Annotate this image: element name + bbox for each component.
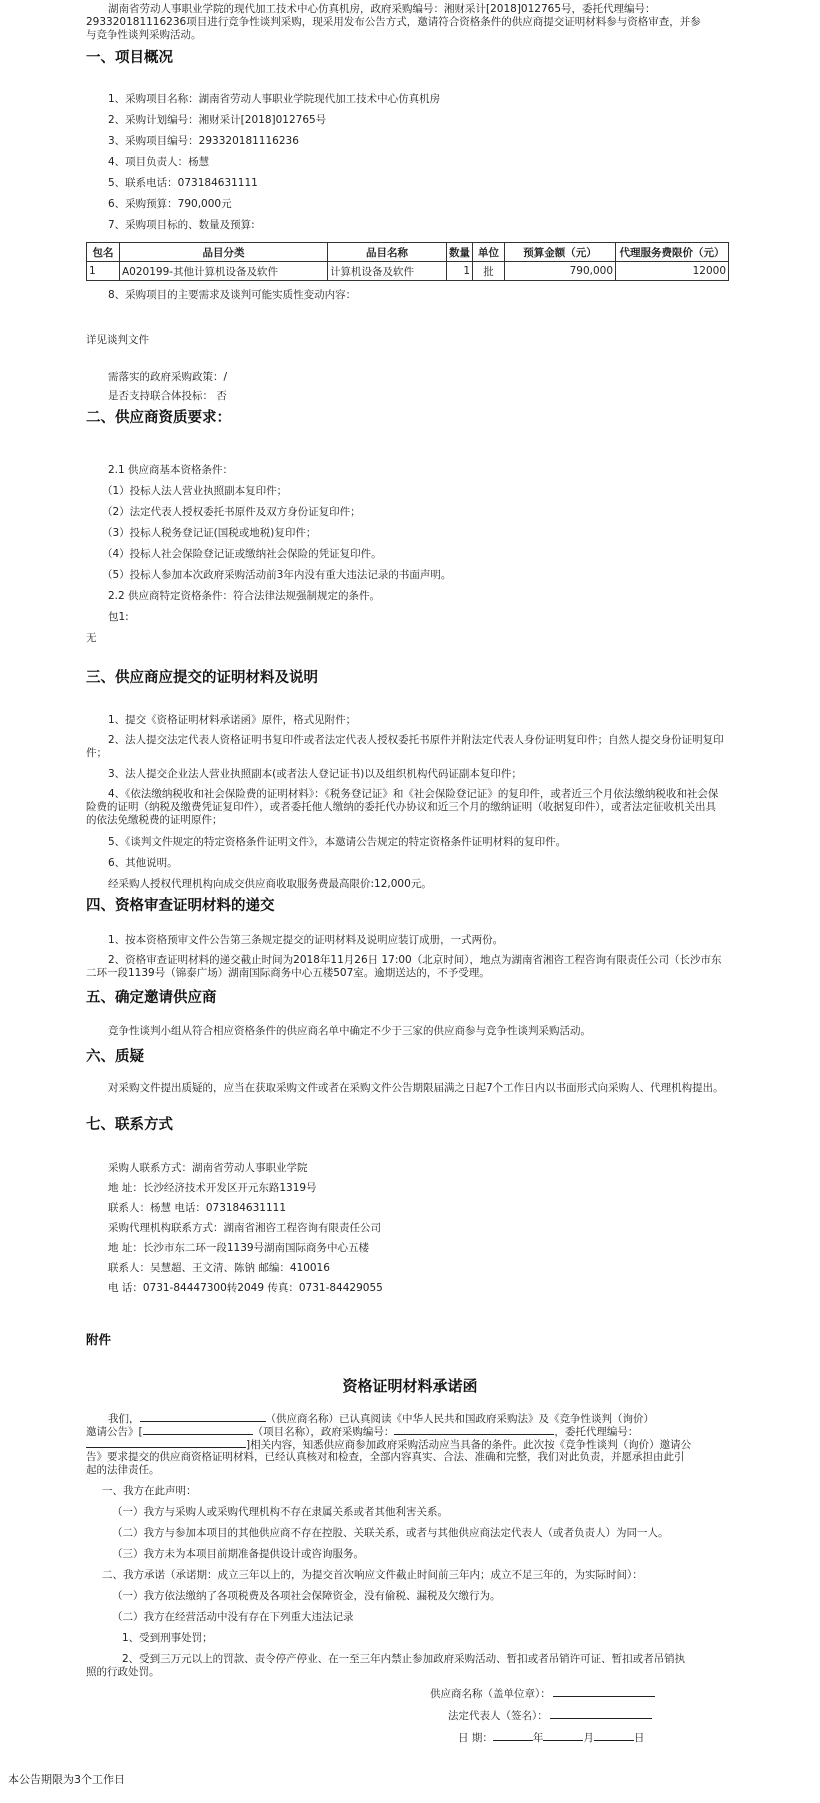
package-none: 无 — [86, 631, 97, 645]
consortium-support: 是否支持联合体投标： 否 — [108, 389, 227, 403]
purchaser-contact-person: 联系人：杨慧 电话：073184631111 — [108, 1201, 286, 1215]
doc-item-1: 1、提交《资格证明材料承诺函》原件，格式见附件； — [108, 713, 356, 727]
qualification-item-1: （1）投标人法人营业执照副本复印件； — [102, 484, 287, 498]
submission-item-2: 2、资格审查证明材料的递交截止时间为2018年11月26日 17:00（北京时间… — [86, 954, 726, 980]
col-category: 品目分类 — [120, 243, 328, 262]
budget: 6、采购预算：790,000元 — [108, 197, 232, 211]
contact-phone: 5、联系电话：073184631111 — [108, 176, 258, 190]
see-negotiation-docs: 详见谈判文件 — [86, 333, 149, 347]
inquiry-text: 对采购文件提出质疑的，应当在获取采购文件或者在采购文件公告期限届满之日起7个工作… — [86, 1082, 726, 1095]
sign-date-label: 日 期： — [458, 1732, 493, 1744]
cell-budget: 790,000 — [505, 262, 616, 281]
promise-item-2: （二）我方在经营活动中没有存在下列重大违法记录 — [112, 1610, 354, 1624]
supplier-name-blank — [140, 1411, 266, 1422]
agency-phone-fax: 电 话：0731-84447300转2049 传真：0731-84429055 — [108, 1281, 383, 1295]
col-package: 包名 — [87, 243, 120, 262]
cell-item-name: 计算机设备及软件 — [328, 262, 447, 281]
section-heading-contact: 七、联系方式 — [86, 1113, 173, 1134]
procurement-number-blank — [394, 1424, 554, 1435]
col-budget: 预算金额（元） — [505, 243, 616, 262]
commitment-letter-title: 资格证明材料承诺函 — [0, 1375, 820, 1396]
cell-unit: 批 — [473, 262, 505, 281]
violation-item-2: 2、受到三万元以上的罚款、责令停产停业、在一至三年内禁止参加政府采购活动、暂扣或… — [122, 1652, 685, 1666]
doc-item-5: 5、《谈判文件规定的特定资格条件证明文件》，本邀请公告规定的特定资格条件证明材料… — [108, 835, 566, 849]
requirements-label: 8、采购项目的主要需求及谈判可能实质性变动内容： — [108, 288, 356, 302]
col-unit: 单位 — [473, 243, 505, 262]
promise-item-1: （一）我方依法缴纳了各项税费及各项社会保障资金，没有偷税、漏税及欠缴行为。 — [112, 1589, 501, 1603]
sign-supplier-row: 供应商名称（盖单位章）： — [430, 1686, 655, 1701]
qualification-item-5: （5）投标人参加本次政府采购活动前3年内没有重大违法记录的书面声明。 — [102, 568, 451, 582]
violation-item-1: 1、受到刑事处罚； — [122, 1631, 213, 1645]
section-heading-documents: 三、供应商应提交的证明材料及说明 — [86, 666, 318, 687]
section-heading-project-overview: 一、项目概况 — [86, 46, 173, 67]
doc-item-4: 4、《依法缴纳税收和社会保险费的证明材料》：《税务登记证》和《社会保险登记证》的… — [86, 788, 726, 827]
declaration-title: 一、我方在此声明： — [102, 1484, 197, 1498]
qualification-item-3: （3）投标人税务登记证(国税或地税)复印件； — [102, 526, 316, 540]
invite-suppliers-text: 竞争性谈判小组从符合相应资格条件的供应商名单中确定不少于三家的供应商参与竞争性谈… — [108, 1024, 591, 1038]
sign-supplier-label: 供应商名称（盖单位章）： — [430, 1688, 551, 1700]
procurement-policy: 需落实的政府采购政策：/ — [108, 370, 227, 384]
purchaser-address: 地 址：长沙经济技术开发区开元东路1319号 — [108, 1181, 317, 1195]
specific-qualification: 2.2 供应商特定资格条件：符合法律法规强制规定的条件。 — [108, 589, 380, 603]
agency-number-blank — [86, 1437, 246, 1448]
sign-date-row: 日 期：年月日 — [458, 1730, 644, 1745]
day-blank — [594, 1730, 634, 1741]
agency-contact-persons: 联系人：吴慧超、王文清、陈钠 邮编：410016 — [108, 1261, 330, 1275]
doc-item-2: 2、法人提交法定代表人资格证明书复印件或者法定代表人授权委托书原件并附法定代表人… — [86, 734, 726, 760]
submission-item-1: 1、按本资格预审文件公告第三条规定提交的证明材料及说明应装订成册，一式两份。 — [108, 933, 503, 947]
year-blank — [493, 1730, 533, 1741]
qualification-item-2: （2）法定代表人授权委托书原件及双方身份证复印件； — [102, 505, 361, 519]
table-header-row: 包名 品目分类 品目名称 数量 单位 预算金额（元） 代理服务费限价（元） — [87, 243, 729, 262]
year-label: 年 — [533, 1732, 544, 1744]
supplier-seal-blank — [553, 1686, 655, 1697]
promise-title: 二、我方承诺（承诺期：成立三年以上的，为提交首次响应文件截止时间前三年内；成立不… — [102, 1568, 643, 1582]
cell-category: A020199-其他计算机设备及软件 — [120, 262, 328, 281]
commitment-line-5: 起的法律责任。 — [86, 1463, 160, 1477]
basic-qualification-title: 2.1 供应商基本资格条件： — [108, 463, 233, 477]
agency-contact: 采购代理机构联系方式：湖南省湘咨工程咨询有限责任公司 — [108, 1221, 381, 1235]
attachment-label: 附件 — [86, 1330, 111, 1348]
col-quantity: 数量 — [447, 243, 473, 262]
project-number: 3、采购项目编号：293320181116236 — [108, 134, 299, 148]
service-fee-cap: 经采购人授权代理机构向成交供应商收取服务费最高限价:12,000元。 — [108, 877, 432, 891]
declaration-item-2: （二）我方与参加本项目的其他供应商不存在控股、关联关系，或者与其他供应商法定代表… — [112, 1526, 669, 1540]
violation-item-2-cont: 照的行政处罚。 — [86, 1665, 160, 1679]
cell-package: 1 — [87, 262, 120, 281]
section-heading-inquiry: 六、质疑 — [86, 1045, 144, 1066]
qualification-item-4: （4）投标人社会保险登记证或缴纳社会保险的凭证复印件。 — [102, 547, 382, 561]
table-row: 1 A020199-其他计算机设备及软件 计算机设备及软件 1 批 790,00… — [87, 262, 729, 281]
project-leader: 4、项目负责人：杨慧 — [108, 155, 209, 169]
plan-number: 2、采购计划编号：湘财采计[2018]012765号 — [108, 113, 326, 127]
doc-item-3: 3、法人提交企业法人营业执照副本(或者法人登记证书)以及组织机构代码证副本复印件… — [108, 767, 522, 781]
cell-quantity: 1 — [447, 262, 473, 281]
procurement-table: 包名 品目分类 品目名称 数量 单位 预算金额（元） 代理服务费限价（元） 1 … — [86, 242, 729, 281]
project-name-blank — [143, 1424, 253, 1435]
sign-rep-row: 法定代表人（签名）： — [448, 1708, 652, 1723]
project-name: 1、采购项目名称：湖南省劳动人事职业学院现代加工技术中心仿真机房 — [108, 92, 440, 106]
month-label: 月 — [583, 1732, 594, 1744]
agency-address: 地 址：长沙市东二环一段1139号湖南国际商务中心五楼 — [108, 1241, 369, 1255]
sign-rep-label: 法定代表人（签名）： — [448, 1710, 548, 1722]
commitment-line-4: 告》要求提交的供应商资格证明材料，已经认真核对和检查，全部内容真实、合法、准确和… — [86, 1450, 685, 1464]
col-item-name: 品目名称 — [328, 243, 447, 262]
month-blank — [543, 1730, 583, 1741]
cell-agency-fee: 12000 — [616, 262, 729, 281]
intro-line-3: 与竞争性谈判采购活动。 — [86, 28, 202, 42]
notice-period: 本公告期限为3个工作日 — [8, 1773, 125, 1787]
declaration-item-1: （一）我方与采购人或采购代理机构不存在隶属关系或者其他利害关系。 — [112, 1505, 448, 1519]
section-heading-submission: 四、资格审查证明材料的递交 — [86, 894, 275, 915]
section-heading-invite-suppliers: 五、确定邀请供应商 — [86, 986, 217, 1007]
procurement-items-label: 7、采购项目标的、数量及预算: — [108, 218, 255, 232]
rep-signature-blank — [550, 1708, 652, 1719]
purchaser-contact: 采购人联系方式：湖南省劳动人事职业学院 — [108, 1161, 308, 1175]
section-heading-supplier-qualification: 二、供应商资质要求： — [86, 406, 231, 427]
package-label: 包1: — [108, 610, 129, 624]
intro-line-2: 293320181116236项目进行竞争性谈判采购，现采用发布公告方式，邀请符… — [86, 15, 701, 29]
col-agency-fee: 代理服务费限价（元） — [616, 243, 729, 262]
doc-item-6: 6、其他说明。 — [108, 856, 178, 870]
declaration-item-3: （三）我方未为本项目前期准备提供设计或咨询服务。 — [112, 1547, 364, 1561]
day-label: 日 — [634, 1732, 645, 1744]
intro-line-1: 湖南省劳动人事职业学院的现代加工技术中心仿真机房，政府采购编号：湘财采计[201… — [108, 2, 656, 16]
